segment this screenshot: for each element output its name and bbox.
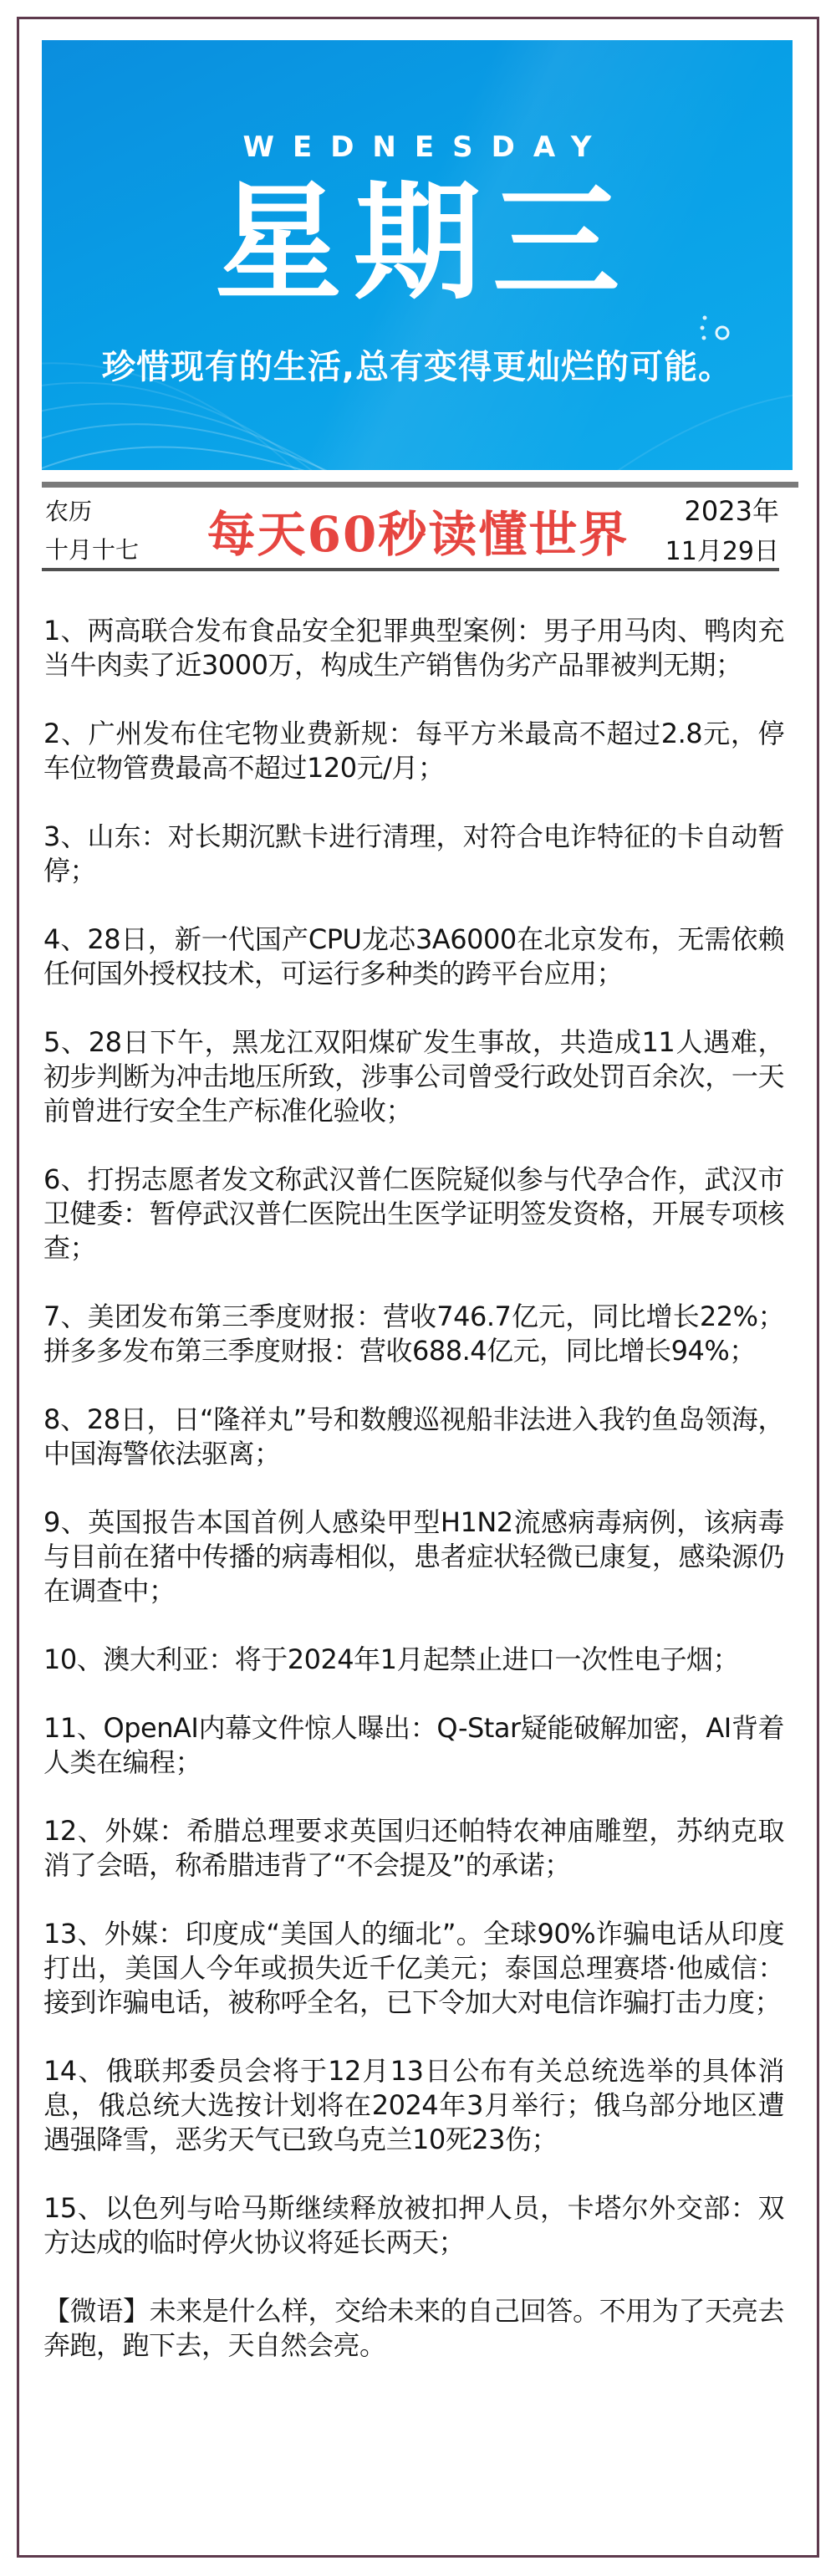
news-item: 12、外媒：希腊总理要求英国归还帕特农神庙雕塑，苏纳克取消了会晤，称希腊违背了“… xyxy=(43,1814,784,1883)
news-item: 6、打拐志愿者发文称武汉普仁医院疑似参与代孕合作，武汉市卫健委：暂停武汉普仁医院… xyxy=(43,1163,784,1265)
weekday-zh: 星期三 xyxy=(42,171,793,317)
weiyu-note: 【微语】未来是什么样，交给未来的自己回答。不用为了天亮去奔跑，跑下去，天自然会亮… xyxy=(43,2294,784,2363)
divider-bottom xyxy=(42,568,779,571)
news-item: 4、28日，新一代国产CPU龙芯3A6000在北京发布，无需依赖任何国外授权技术… xyxy=(43,923,784,991)
date-label: 11月29日 xyxy=(665,530,779,567)
news-item: 10、澳大利亚：将于2024年1月起禁止进口一次性电子烟； xyxy=(43,1643,784,1677)
date-bar: 农历 十月十七 每天60秒读懂世界 2023年 11月29日 xyxy=(42,482,794,572)
news-item: 8、28日，日“隆祥丸”号和数艘巡视船非法进入我钓鱼岛领海，中国海警依法驱离； xyxy=(43,1403,784,1471)
header-slogan: 珍惜现有的生活,总有变得更灿烂的可能。 xyxy=(42,340,793,388)
news-item: 1、两高联合发布食品安全犯罪典型案例：男子用马肉、鸭肉充当牛肉卖了近3000万，… xyxy=(43,614,784,682)
news-item: 11、OpenAI内幕文件惊人曝出：Q-Star疑能破解加密，AI背着人类在编程… xyxy=(43,1711,784,1780)
header-card: WEDNESDAY 星期三 珍惜现有的生活,总有变得更灿烂的可能。 xyxy=(42,40,793,470)
news-item: 9、英国报告本国首例人感染甲型H1N2流感病毒病例，该病毒与目前在猪中传播的病毒… xyxy=(43,1505,784,1608)
news-item: 13、外媒：印度成“美国人的缅北”。全球90%诈骗电话从印度打出，美国人今年或损… xyxy=(43,1917,784,2020)
weekday-en: WEDNESDAY xyxy=(42,130,793,164)
news-item: 15、以色列与哈马斯继续释放被扣押人员，卡塔尔外交部：双方达成的临时停火协议将延… xyxy=(43,2191,784,2260)
divider-top xyxy=(42,482,798,488)
year-label: 2023年 xyxy=(685,490,779,529)
news-list: 1、两高联合发布食品安全犯罪典型案例：男子用马肉、鸭肉充当牛肉卖了近3000万，… xyxy=(43,614,784,2397)
news-item: 3、山东：对长期沉默卡进行清理，对符合电诈特征的卡自动暂停； xyxy=(43,820,784,888)
news-item: 5、28日下午，黑龙江双阳煤矿发生事故，共造成11人遇难，初步判断为冲击地压所致… xyxy=(43,1025,784,1128)
news-item: 14、俄联邦委员会将于12月13日公布有关总统选举的具体消息，俄总统大选按计划将… xyxy=(43,2054,784,2157)
news-item: 2、广州发布住宅物业费新规：每平方米最高不超过2.8元，停车位物管费最高不超过1… xyxy=(43,717,784,785)
page-root: { "header": { "weekday_en": "WEDNESDAY",… xyxy=(0,0,836,2576)
news-item: 7、美团发布第三季度财报：营收746.7亿元，同比增长22%；拼多多发布第三季度… xyxy=(43,1300,784,1368)
